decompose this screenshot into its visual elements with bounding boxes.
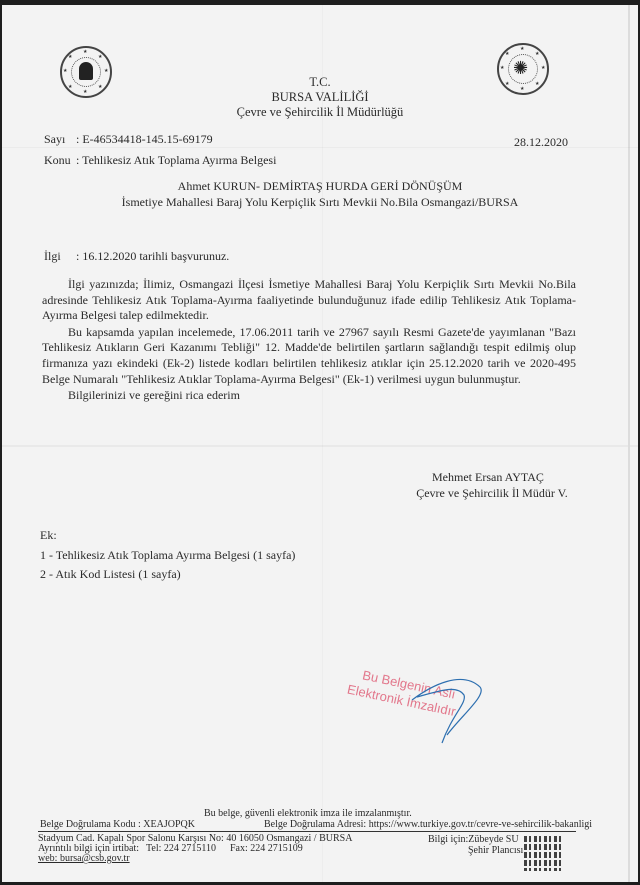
info-person: Bilgi için:Zübeyde SU — [428, 834, 519, 845]
qr-code-icon[interactable] — [524, 835, 564, 871]
phone-number: Tel: 224 2715110 — [146, 843, 216, 854]
letter-body: İlgi yazınızda; İlimiz, Osmangazi İlçesi… — [42, 277, 576, 404]
ilgi-label: İlgi — [44, 249, 61, 264]
signatory-name: Mehmet Ersan AYTAÇ — [432, 470, 542, 485]
web-email[interactable]: web: bursa@csb.gov.tr — [38, 853, 130, 864]
recipient-name: Ahmet KURUN- DEMİRTAŞ HURDA GERİ DÖNÜŞÜM — [2, 179, 638, 194]
document-date: 28.12.2020 — [514, 135, 568, 150]
page-edge — [628, 5, 630, 882]
attachment-item: 2 - Atık Kod Listesi (1 sayfa) — [40, 567, 181, 582]
fold-line-vertical — [322, 5, 323, 882]
verification-code: Belge Doğrulama Kodu : XEAJOPQK — [40, 819, 195, 830]
signatory-title: Çevre ve Şehircilik İl Müdür V. — [412, 486, 572, 501]
header-tc: T.C. — [2, 75, 638, 90]
document-page: ★★ ★★ ★★ ★★ ★★ ★★ ★★ ★★ ✺ T.C. BURSA VAL… — [2, 5, 638, 882]
body-paragraph-3: Bilgilerinizi ve gereğini rica ederim — [42, 388, 576, 404]
info-title: Şehir Plancısı — [468, 845, 523, 856]
sayi-label: Sayı — [44, 132, 65, 147]
esign-note: Bu belge, güvenli elektronik imza ile im… — [204, 808, 412, 819]
footer-divider — [38, 831, 576, 832]
konu-label: Konu — [44, 153, 71, 168]
attachments-label: Ek: — [40, 528, 57, 543]
header-governorship: BURSA VALİLİĞİ — [2, 90, 638, 105]
web-email-text[interactable]: web: bursa@csb.gov.tr — [38, 853, 130, 864]
konu-value: : Tehlikesiz Atık Toplama Ayırma Belgesi — [76, 153, 276, 168]
fax-number: Fax: 224 2715109 — [230, 843, 303, 854]
body-paragraph-2: Bu kapsamda yapılan incelemede, 17.06.20… — [42, 325, 576, 387]
ilgi-value: : 16.12.2020 tarihli başvurunuz. — [76, 249, 229, 264]
handwritten-signature-icon — [402, 665, 492, 745]
body-paragraph-1: İlgi yazınızda; İlimiz, Osmangazi İlçesi… — [42, 277, 576, 324]
header-directorate: Çevre ve Şehircilik İl Müdürlüğü — [2, 105, 638, 120]
verification-address[interactable]: Belge Doğrulama Adresi: https://www.turk… — [264, 819, 592, 830]
recipient-address: İsmetiye Mahallesi Baraj Yolu Kerpiçlik … — [2, 195, 638, 210]
sayi-value: : E-46534418-145.15-69179 — [76, 132, 213, 147]
attachment-item: 1 - Tehlikesiz Atık Toplama Ayırma Belge… — [40, 548, 295, 563]
fold-line-horizontal — [2, 445, 638, 447]
